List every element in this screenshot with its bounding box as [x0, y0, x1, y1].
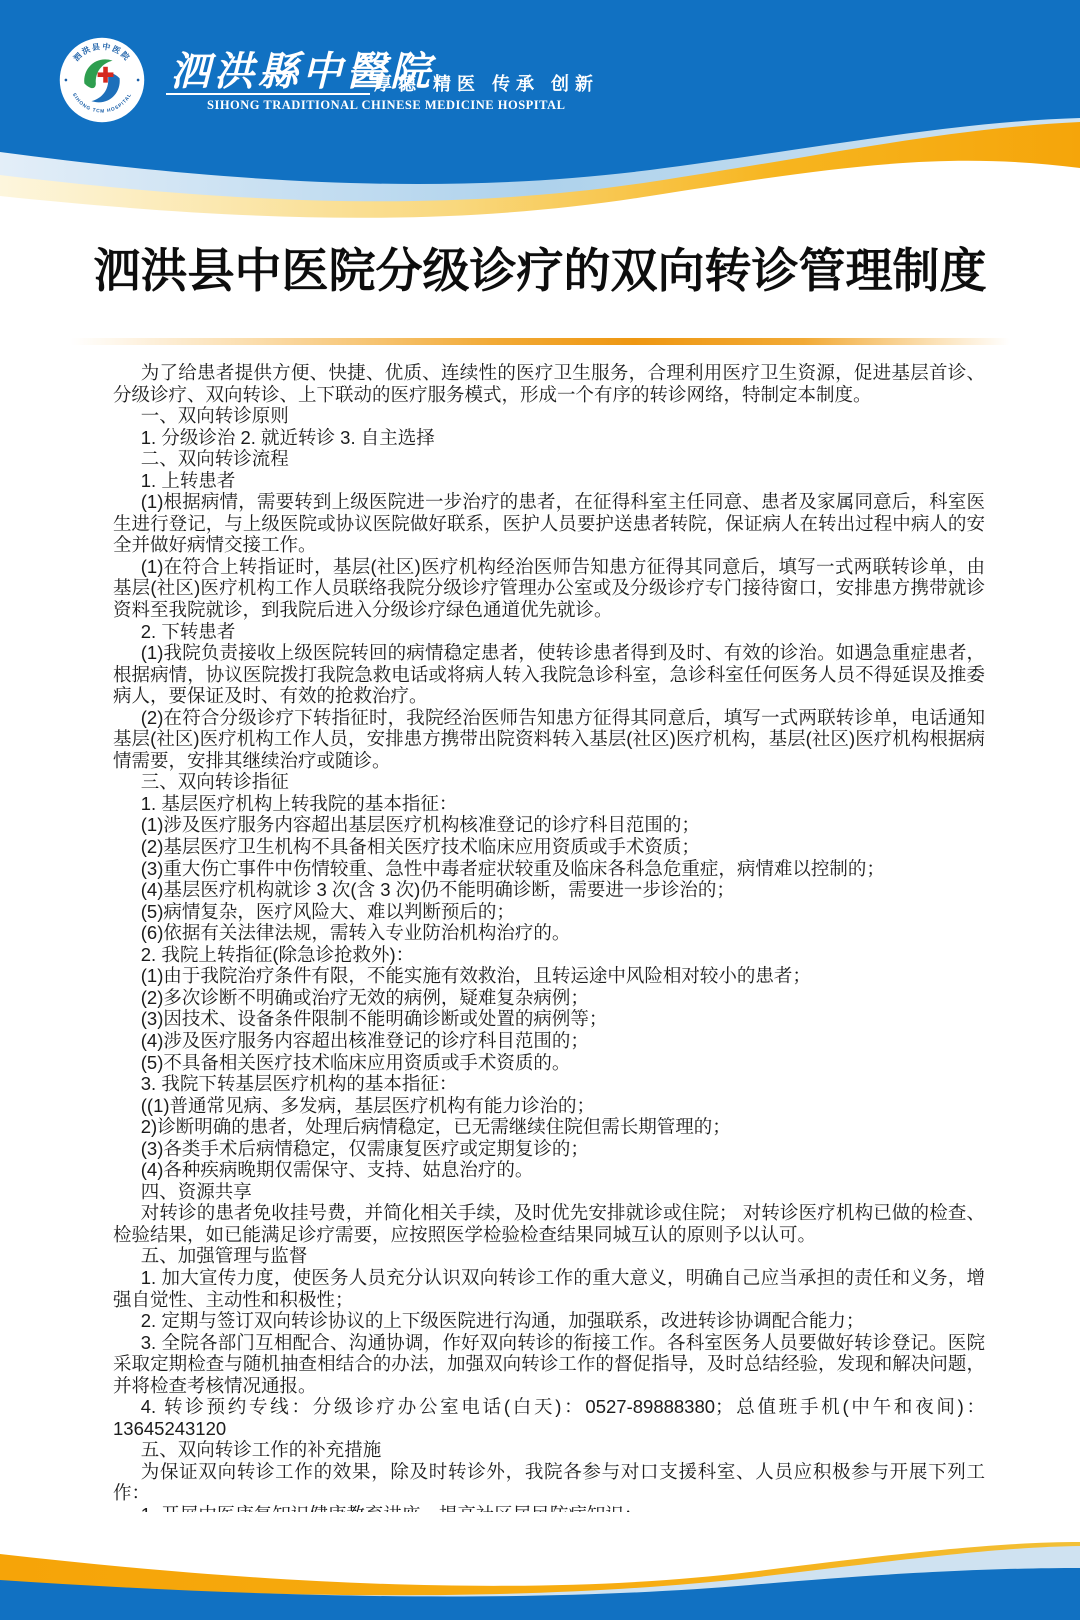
body-paragraph: 一、双向转诊原则	[113, 405, 985, 427]
body-paragraph: 2. 下转患者	[113, 621, 985, 643]
hospital-motto: 厚德 精医 传承 创新	[374, 70, 599, 96]
document-body: 为了给患者提供方便、快捷、优质、连续性的医疗卫生服务，合理利用医疗卫生资源，促进…	[113, 362, 985, 1512]
body-paragraph: (6)依据有关法律法规，需转入专业防治机构治疗的。	[113, 922, 985, 944]
body-paragraph: (2)基层医疗卫生机构不具备相关医疗技术临床应用资质或手术资质；	[113, 836, 985, 858]
body-paragraph: (5)不具备相关医疗技术临床应用资质或手术资质的。	[113, 1052, 985, 1074]
body-paragraph: (1)由于我院治疗条件有限，不能实施有效救治，且转运途中风险相对较小的患者；	[113, 965, 985, 987]
top-wave-banner	[0, 0, 1080, 240]
body-paragraph: 为了给患者提供方便、快捷、优质、连续性的医疗卫生服务，合理利用医疗卫生资源，促进…	[113, 362, 985, 405]
body-paragraph: (3)各类手术后病情稳定，仅需康复医疗或定期复诊的；	[113, 1138, 985, 1160]
body-paragraph: 四、资源共享	[113, 1181, 985, 1203]
body-paragraph: 3. 全院各部门互相配合、沟通协调，作好双向转诊的衔接工作。各科室医务人员要做好…	[113, 1332, 985, 1397]
body-paragraph: 4. 转诊预约专线：分级诊疗办公室电话(白天)：0527-89888380；总值…	[113, 1396, 985, 1439]
body-paragraph: (3)因技术、设备条件限制不能明确诊断或处置的病例等；	[113, 1008, 985, 1030]
logo-dot-right	[137, 79, 140, 82]
logo-dot-left	[65, 79, 68, 82]
body-paragraph: 1. 分级诊治 2. 就近转诊 3. 自主选择	[113, 427, 985, 449]
body-paragraph: 1. 基层医疗机构上转我院的基本指征：	[113, 793, 985, 815]
body-paragraph: (4)涉及医疗服务内容超出核准登记的诊疗科目范围的；	[113, 1030, 985, 1052]
body-paragraph: 3. 我院下转基层医疗机构的基本指征：	[113, 1073, 985, 1095]
body-paragraph: (1)我院负责接收上级医院转回的病情稳定患者，使转诊患者得到及时、有效的诊治。如…	[113, 642, 985, 707]
body-paragraph: 三、双向转诊指征	[113, 771, 985, 793]
poster-page: 泗洪县中医院 SIHONG TCM HOSPITAL 泗洪縣中醫院 SIHONG…	[0, 0, 1080, 1620]
title-divider	[70, 338, 1010, 345]
body-paragraph: 对转诊的患者免收挂号费，并简化相关手续，及时优先安排就诊或住院； 对转诊医疗机构…	[113, 1202, 985, 1245]
body-paragraph: (4)基层医疗机构就诊 3 次(含 3 次)仍不能明确诊断，需要进一步诊治的；	[113, 879, 985, 901]
body-paragraph: (2)在符合分级诊疗下转指征时，我院经治医师告知患方征得其同意后，填写一式两联转…	[113, 707, 985, 772]
body-paragraph: (4)各种疾病晚期仅需保守、支持、姑息治疗的。	[113, 1159, 985, 1181]
hospital-name-english: SIHONG TRADITIONAL CHINESE MEDICINE HOSP…	[207, 98, 707, 113]
hospital-logo: 泗洪县中医院 SIHONG TCM HOSPITAL	[58, 36, 146, 124]
body-paragraph: (1)涉及医疗服务内容超出基层医疗机构核准登记的诊疗科目范围的；	[113, 814, 985, 836]
body-paragraph: 2. 我院上转指征(除急诊抢救外)：	[113, 944, 985, 966]
body-paragraph: 1. 上转患者	[113, 470, 985, 492]
body-paragraph: (1)根据病情，需要转到上级医院进一步治疗的患者，在征得科室主任同意、患者及家属…	[113, 491, 985, 556]
body-paragraph: 2)诊断明确的患者，处理后病情稳定，已无需继续住院但需长期管理的；	[113, 1116, 985, 1138]
body-paragraph: 二、双向转诊流程	[113, 448, 985, 470]
hospital-name-underline	[166, 93, 370, 95]
body-paragraph: (3)重大伤亡事件中伤情较重、急性中毒者症状较重及临床各科急危重症，病情难以控制…	[113, 858, 985, 880]
body-paragraph: ((1)普通常见病、多发病，基层医疗机构有能力诊治的；	[113, 1095, 985, 1117]
body-paragraph: (1)在符合上转指证时，基层(社区)医疗机构经治医师告知患方征得其同意后，填写一…	[113, 556, 985, 621]
body-paragraph: 2. 定期与签订双向转诊协议的上下级医院进行沟通，加强联系，改进转诊协调配合能力…	[113, 1310, 985, 1332]
body-paragraph: 五、加强管理与监督	[113, 1245, 985, 1267]
body-paragraph: (5)病情复杂，医疗风险大、难以判断预后的；	[113, 901, 985, 923]
body-paragraph: 1. 加大宣传力度，使医务人员充分认识双向转诊工作的重大意义，明确自己应当承担的…	[113, 1267, 985, 1310]
bottom-wave-banner	[0, 1440, 1080, 1620]
document-title: 泗洪县中医院分级诊疗的双向转诊管理制度	[0, 234, 1080, 301]
body-paragraph: (2)多次诊断不明确或治疗无效的病例，疑难复杂病例；	[113, 987, 985, 1009]
